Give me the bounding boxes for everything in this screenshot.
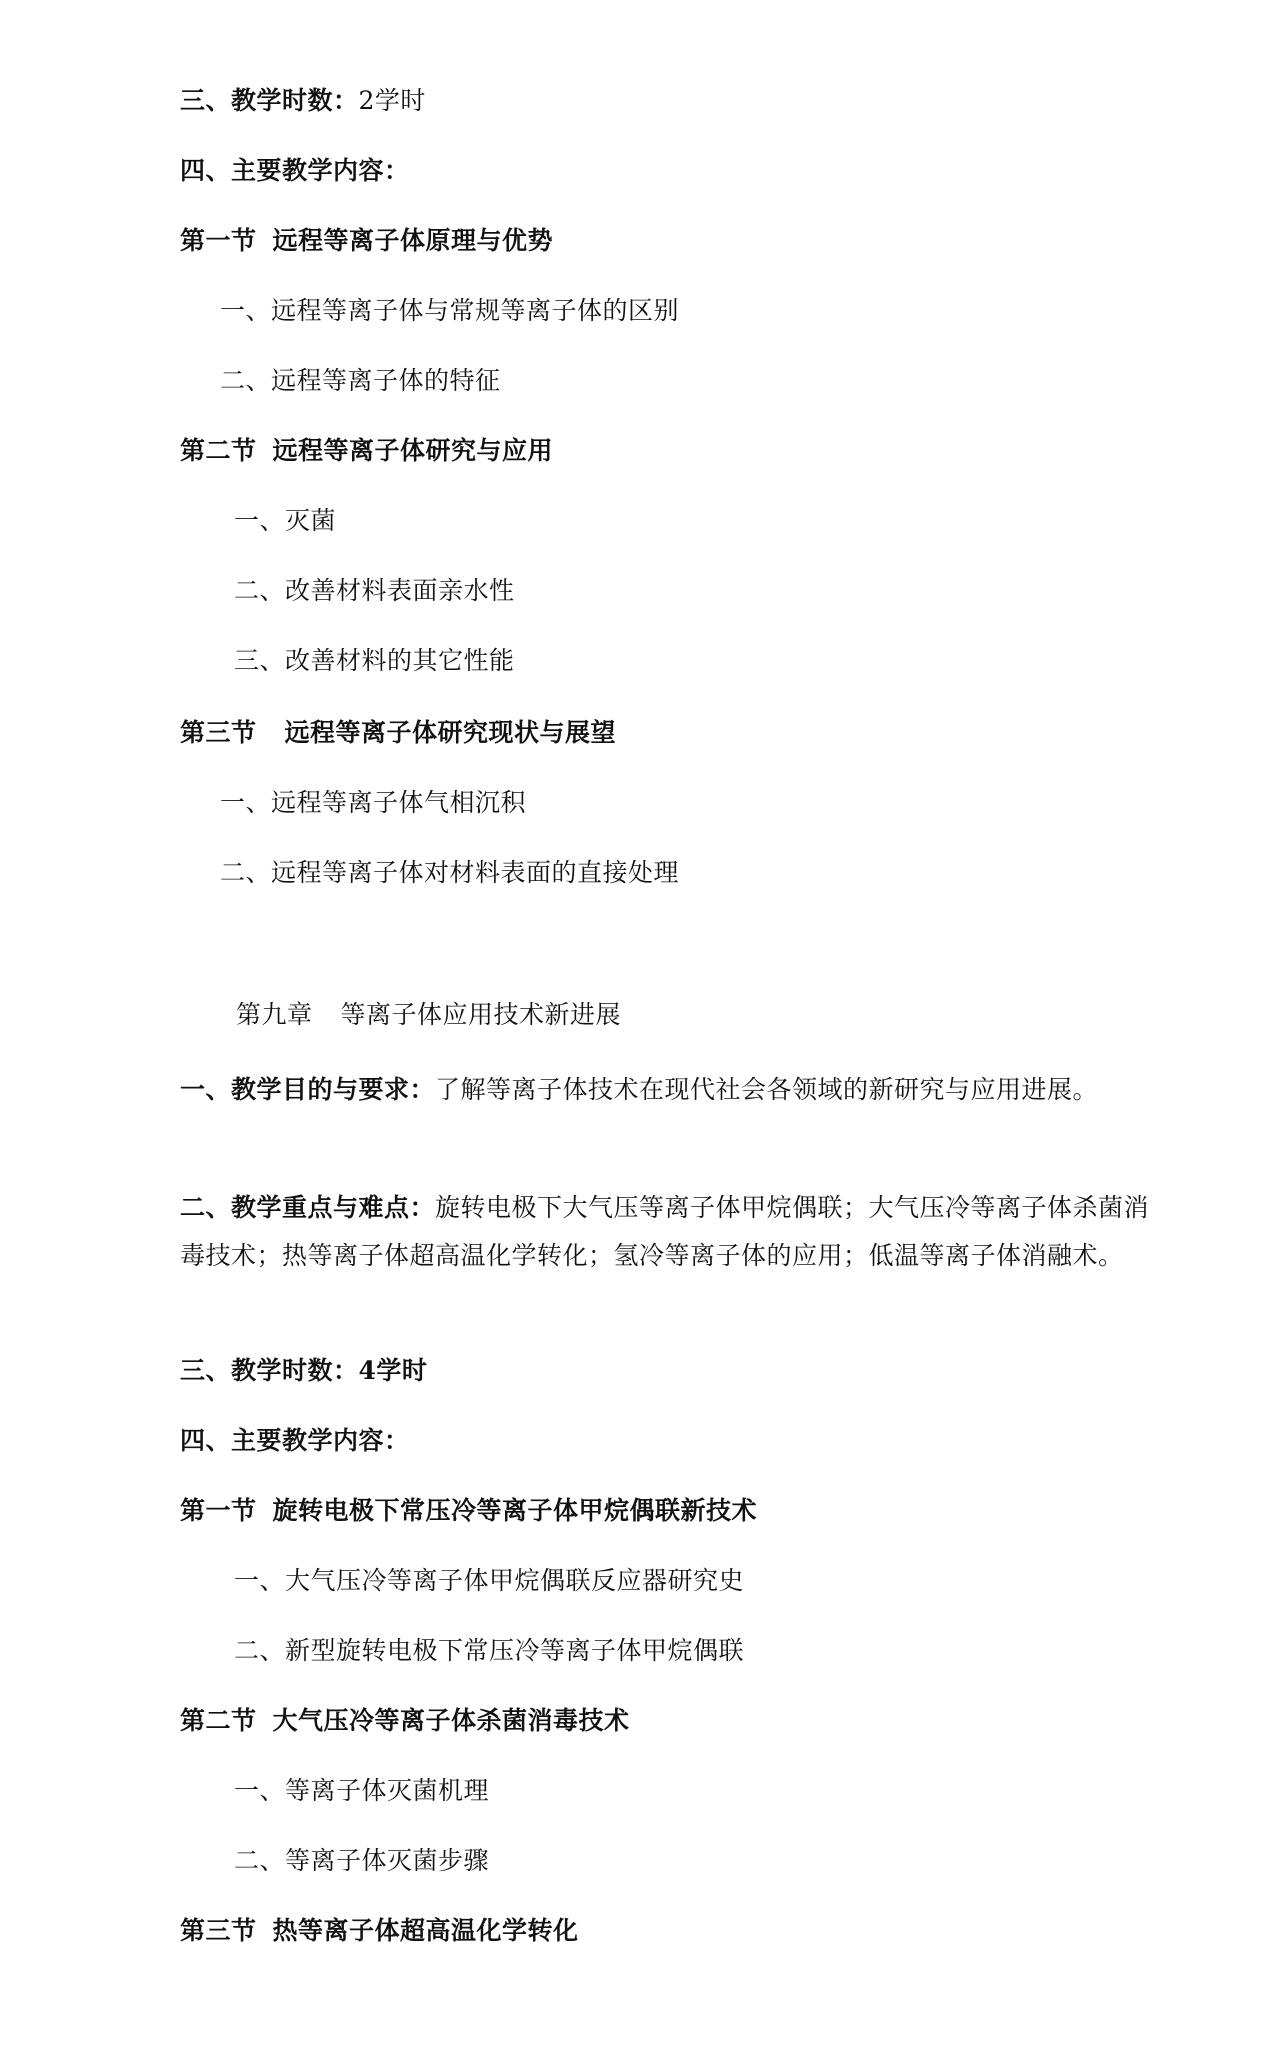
section-item: 一、灭菌: [234, 504, 336, 538]
section-item: 二、改善材料表面亲水性: [234, 574, 515, 608]
section-item: 二、远程等离子体的特征: [220, 364, 501, 398]
section-item: 一、远程等离子体气相沉积: [220, 786, 526, 820]
section-number: 第二节: [180, 1706, 257, 1735]
teaching-hours-ch9: 三、教学时数：4学时: [180, 1354, 427, 1388]
teaching-hours-value: 2学时: [359, 86, 426, 115]
section-number: 第一节: [180, 1496, 257, 1525]
section-title: 远程等离子体原理与优势: [273, 226, 554, 255]
section-item: 二、新型旋转电极下常压冷等离子体甲烷偶联: [234, 1634, 744, 1668]
teaching-hours-label: 三、教学时数：: [180, 1356, 359, 1385]
section-title: 热等离子体超高温化学转化: [273, 1916, 579, 1945]
document-page: 三、教学时数：2学时 四、主要教学内容： 第一节远程等离子体原理与优势 一、远程…: [0, 0, 1261, 2062]
section-item: 一、远程等离子体与常规等离子体的区别: [220, 294, 679, 328]
section-heading: 第三节远程等离子体研究现状与展望: [180, 716, 616, 750]
section-number: 第三节: [180, 718, 257, 747]
section-number: 第三节: [180, 1916, 257, 1945]
objectives-label: 一、教学目的与要求：: [180, 1075, 435, 1104]
objectives-text: 了解等离子体技术在现代社会各领域的新研究与应用进展。: [435, 1075, 1098, 1104]
teaching-hours-value: 4学时: [359, 1356, 428, 1385]
section-heading: 第一节远程等离子体原理与优势: [180, 224, 553, 258]
section-heading: 第三节热等离子体超高温化学转化: [180, 1914, 579, 1948]
section-title: 远程等离子体研究与应用: [273, 436, 554, 465]
section-heading: 第二节远程等离子体研究与应用: [180, 434, 553, 468]
content-heading-ch9: 四、主要教学内容：: [180, 1424, 410, 1458]
teaching-hours-ch8: 三、教学时数：2学时: [180, 84, 426, 118]
teaching-hours-label: 三、教学时数：: [180, 86, 359, 115]
section-item: 一、大气压冷等离子体甲烷偶联反应器研究史: [234, 1564, 744, 1598]
key-points: 二、教学重点与难点：旋转电极下大气压等离子体甲烷偶联；大气压冷等离子体杀菌消毒技…: [180, 1184, 1155, 1280]
section-item: 二、远程等离子体对材料表面的直接处理: [220, 856, 679, 890]
section-item: 三、改善材料的其它性能: [234, 644, 515, 678]
section-title: 旋转电极下常压冷等离子体甲烷偶联新技术: [273, 1496, 758, 1525]
section-heading: 第一节旋转电极下常压冷等离子体甲烷偶联新技术: [180, 1494, 757, 1528]
section-title: 远程等离子体研究现状与展望: [285, 718, 617, 747]
chapter-number: 第九章: [236, 1000, 313, 1029]
chapter-heading: 第九章等离子体应用技术新进展: [236, 998, 621, 1032]
section-number: 第二节: [180, 436, 257, 465]
section-number: 第一节: [180, 226, 257, 255]
section-heading: 第二节大气压冷等离子体杀菌消毒技术: [180, 1704, 630, 1738]
content-heading-ch8: 四、主要教学内容：: [180, 154, 410, 188]
section-item: 一、等离子体灭菌机理: [234, 1774, 489, 1808]
section-title: 大气压冷等离子体杀菌消毒技术: [273, 1706, 630, 1735]
teaching-objectives: 一、教学目的与要求：了解等离子体技术在现代社会各领域的新研究与应用进展。: [180, 1066, 1155, 1114]
section-item: 二、等离子体灭菌步骤: [234, 1844, 489, 1878]
key-points-label: 二、教学重点与难点：: [180, 1193, 435, 1222]
chapter-title: 等离子体应用技术新进展: [341, 1000, 622, 1029]
